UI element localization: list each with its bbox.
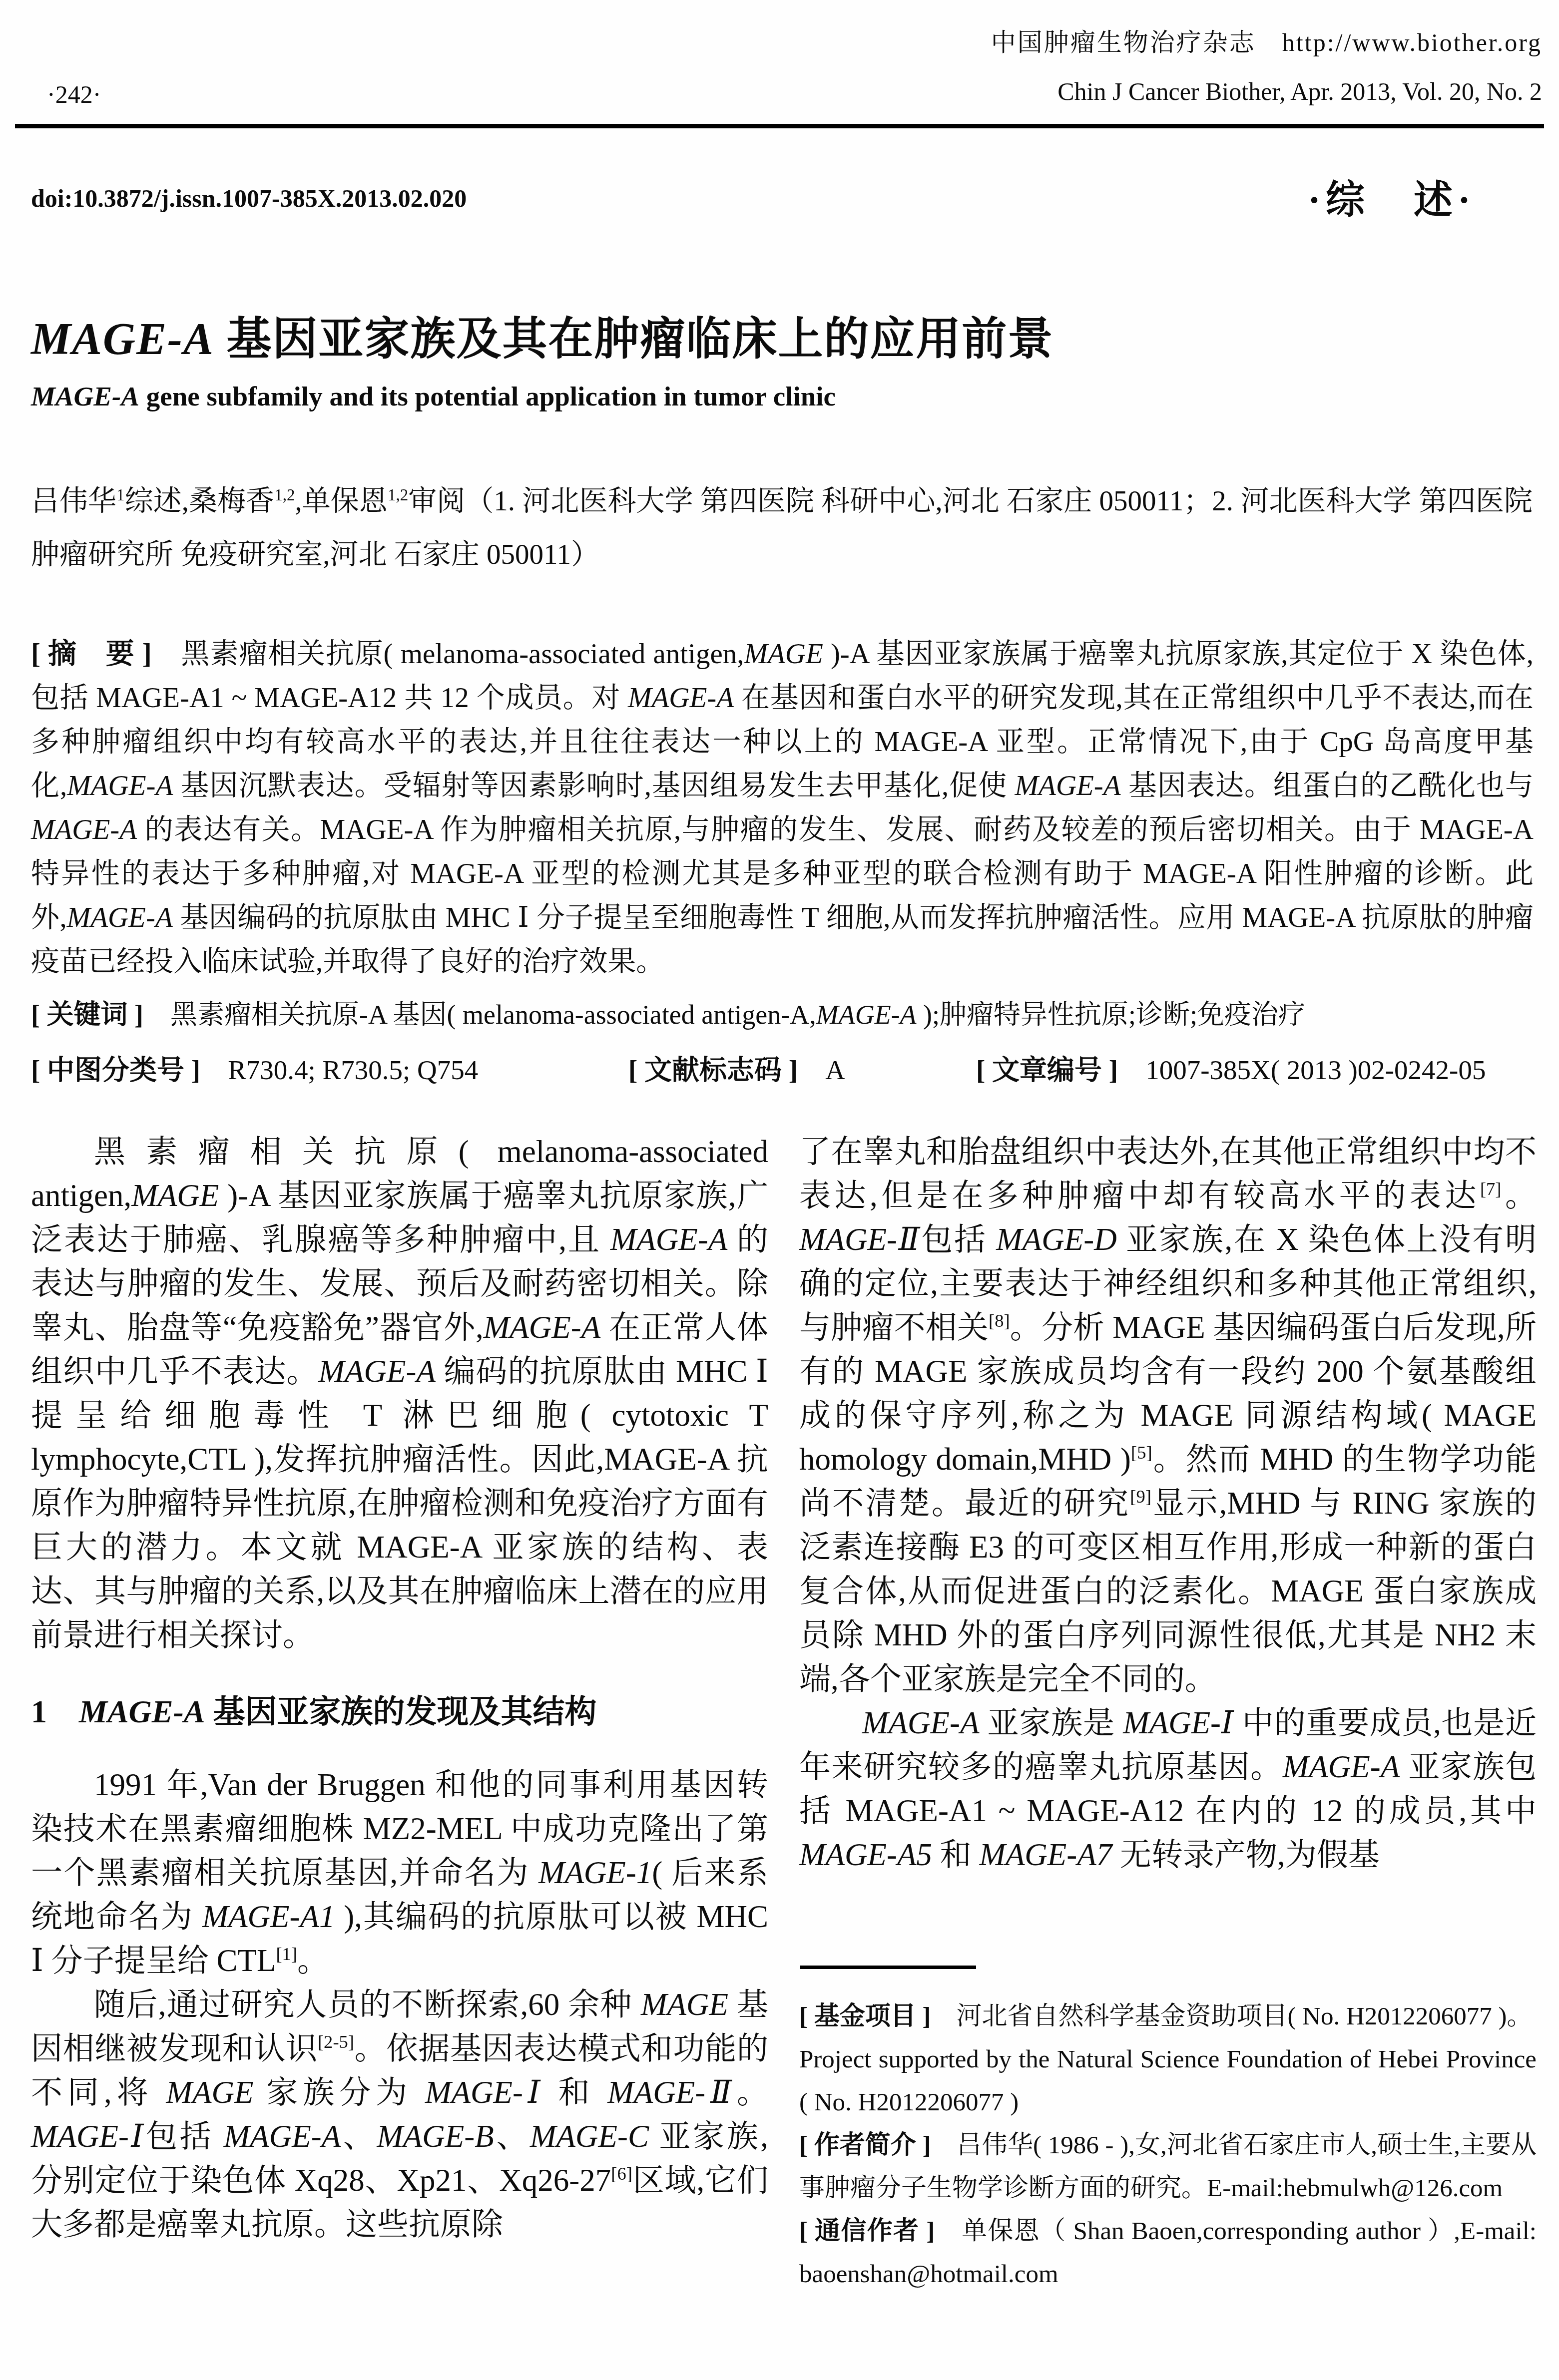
document-code: [ 文献标志码 ] A <box>628 1048 845 1087</box>
doi: doi:10.3872/j.issn.1007-385X.2013.02.020 <box>31 169 467 213</box>
footnote-fund-cn: [ 基金项目 ] 河北省自然科学基金资助项目( No. H2012206077 … <box>799 1995 1537 2038</box>
footnote-corresponding-author: [ 通信作者 ] 单保恩（ Shan Baoen,corresponding a… <box>799 2210 1537 2296</box>
journal-title-cn: 中国肿瘤生物治疗杂志 http://www.biother.org <box>991 18 1542 67</box>
keywords: [ 关键词 ] 黑素瘤相关抗原-A 基因( melanoma-associate… <box>31 995 1552 1035</box>
paragraph-intro: 黑素瘤相关抗原( melanoma-associated antigen,MAG… <box>31 1130 768 1657</box>
body-left-column: 黑素瘤相关抗原( melanoma-associated antigen,MAG… <box>31 1130 768 2296</box>
footnote-author-bio: [ 作者简介 ] 吕伟华( 1986 - ),女,河北省石家庄市人,硕士生,主要… <box>799 2124 1537 2210</box>
article-title-cn: MAGE-A 基因亚家族及其在肿瘤临床上的应用前景 <box>31 302 1054 367</box>
clc-number: [ 中图分类号 ] R730.4; R730.5; Q754 <box>31 1048 478 1087</box>
journal-citation-en: Chin J Cancer Biother, Apr. 2013, Vol. 2… <box>991 67 1542 116</box>
page-number: ·242· <box>47 80 101 109</box>
paragraph-family-classification: 随后,通过研究人员的不断探索,60 余种 MAGE 基因相继被发现和认识[2-5… <box>31 1983 768 2246</box>
doi-row: doi:10.3872/j.issn.1007-385X.2013.02.020… <box>31 169 1541 225</box>
paragraph-expression-continued: 了在睾丸和胎盘组织中表达外,在其他正常组织中均不表达,但是在多种肿瘤中却有较高水… <box>799 1130 1537 1701</box>
footnote-fund-en: Project supported by the Natural Science… <box>799 2038 1537 2124</box>
section-heading-1: 1 MAGE-A 基因亚家族的发现及其结构 <box>31 1690 768 1734</box>
paragraph-magea-members: MAGE-A 亚家族是 MAGE-Ⅰ 中的重要成员,也是近年来研究较多的癌睾丸抗… <box>799 1701 1537 1877</box>
body-columns: 黑素瘤相关抗原( melanoma-associated antigen,MAG… <box>31 1130 1537 2296</box>
paragraph-discovery: 1991 年,Van der Bruggen 和他的同事利用基因转染技术在黑素瘤… <box>31 1763 768 1983</box>
column-tag-review: ·综 述· <box>1308 169 1476 225</box>
classification-row: [ 中图分类号 ] R730.4; R730.5; Q754 [ 文献标志码 ]… <box>31 1048 1534 1088</box>
article-title-en: MAGE-A gene subfamily and its potential … <box>31 381 836 412</box>
abstract: [ 摘 要 ] 黑素瘤相关抗原( melanoma-associated ant… <box>31 632 1534 984</box>
header-divider <box>15 124 1544 128</box>
footnote-divider <box>800 1966 976 1969</box>
journal-page: 中国肿瘤生物治疗杂志 http://www.biother.org Chin J… <box>0 0 1559 2380</box>
page-header-right: 中国肿瘤生物治疗杂志 http://www.biother.org Chin J… <box>991 18 1542 116</box>
footnote-block: [ 基金项目 ] 河北省自然科学基金资助项目( No. H2012206077 … <box>799 1966 1537 2296</box>
authors-affiliations: 吕伟华1综述,桑梅香1,2,单保恩1,2审阅（1. 河北医科大学 第四医院 科研… <box>31 474 1533 581</box>
article-id: [ 文章编号 ] 1007-385X( 2013 )02-0242-05 <box>976 1048 1486 1087</box>
body-right-column: 了在睾丸和胎盘组织中表达外,在其他正常组织中均不表达,但是在多种肿瘤中却有较高水… <box>799 1130 1537 2296</box>
